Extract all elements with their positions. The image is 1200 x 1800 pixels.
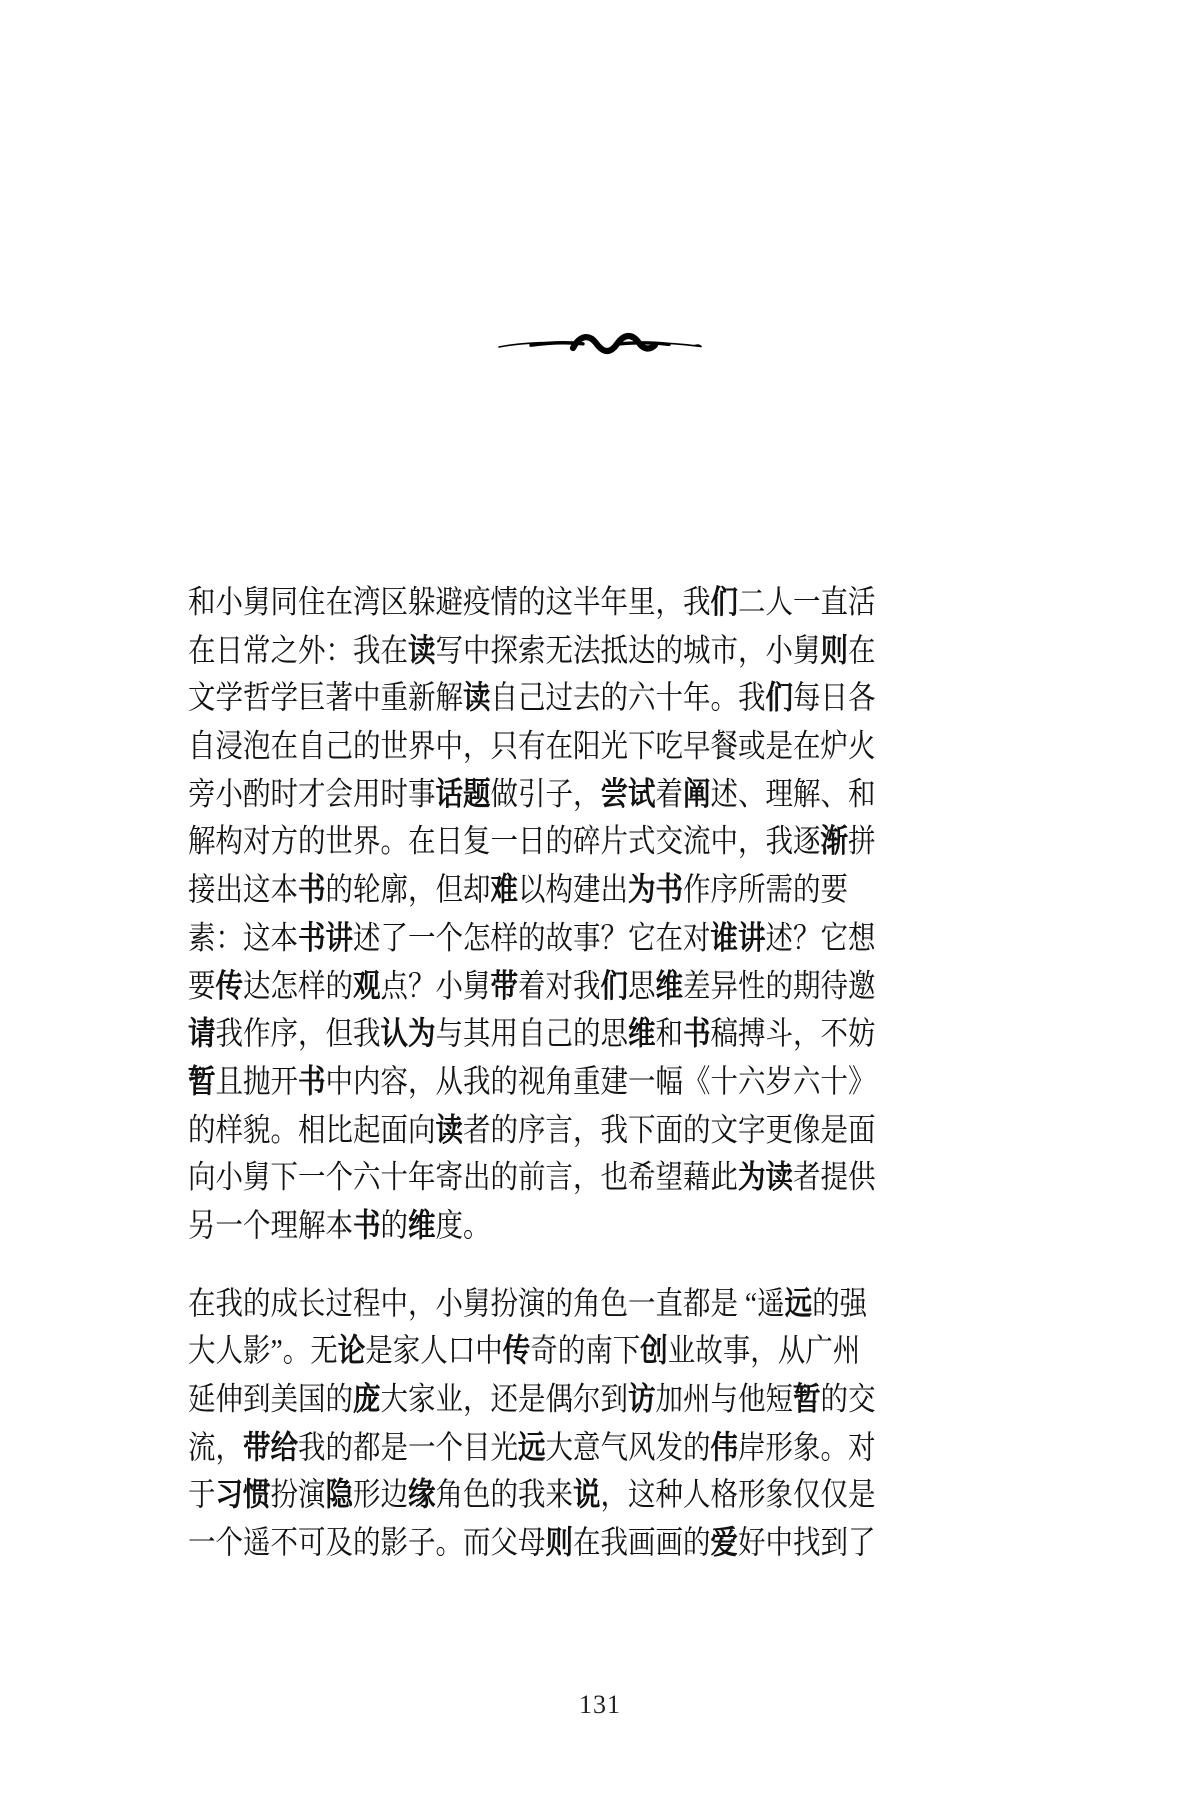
- text-line: 一个遥不可及的影子。而父母则在我画画的爱好中找到了: [188, 1519, 888, 1567]
- fallback-font-char: 讲: [326, 919, 354, 956]
- fallback-font-char: 阐: [683, 776, 711, 813]
- fallback-font-char: 惯: [243, 1477, 271, 1514]
- fallback-font-char: 为: [738, 1159, 766, 1196]
- text-line: 自浸泡在自己的世界中，只有在阳光下吃早餐或是在炉火: [188, 722, 888, 770]
- fallback-font-char: 远: [785, 1285, 813, 1322]
- fallback-font-char: 则: [546, 1525, 574, 1562]
- text-line: 延伸到美国的庞大家业，还是偶尔到访加州与他短暂的交: [188, 1375, 888, 1423]
- fallback-font-char: 们: [711, 584, 739, 621]
- fallback-font-char: 读: [436, 1111, 464, 1148]
- fallback-font-char: 给: [271, 1429, 299, 1466]
- fallback-font-char: 则: [821, 632, 849, 669]
- fallback-font-char: 书: [298, 871, 326, 908]
- fallback-font-char: 难: [491, 871, 519, 908]
- fallback-font-char: 传: [216, 967, 244, 1004]
- fallback-font-char: 话: [436, 776, 464, 813]
- text-block: 和小舅同住在湾区躲避疫情的这半年里，我们二人一直活在日常之外：我在读写中探索无法…: [188, 578, 888, 1567]
- fallback-font-char: 观: [353, 967, 381, 1004]
- text-line: 在日常之外：我在读写中探索无法抵达的城市，小舅则在: [188, 626, 888, 674]
- fallback-font-char: 们: [766, 680, 794, 717]
- fallback-font-char: 维: [628, 1015, 656, 1052]
- fallback-font-char: 带: [243, 1429, 271, 1466]
- fallback-font-char: 书: [353, 1207, 381, 1244]
- section-divider-ornament: [497, 330, 703, 358]
- fallback-font-char: 伟: [711, 1429, 739, 1466]
- fallback-font-char: 隐: [326, 1477, 354, 1514]
- fallback-font-char: 缘: [408, 1477, 436, 1514]
- fallback-font-char: 渐: [821, 823, 849, 860]
- fallback-font-char: 书: [656, 871, 684, 908]
- book-page: 和小舅同住在湾区躲避疫情的这半年里，我们二人一直活在日常之外：我在读写中探索无法…: [0, 0, 1200, 1800]
- text-line: 在我的成长过程中，小舅扮演的角色一直都是 “遥远的强: [188, 1279, 888, 1327]
- text-line: 文学哲学巨著中重新解读自己过去的六十年。我们每日各: [188, 674, 888, 722]
- text-line: 请我作序，但我认为与其用自己的思维和书稿搏斗，不妨: [188, 1009, 888, 1057]
- fallback-font-char: 带: [491, 967, 519, 1004]
- fallback-font-char: 书: [298, 919, 326, 956]
- fallback-font-char: 维: [656, 967, 684, 1004]
- fallback-font-char: 谁: [711, 919, 739, 956]
- text-line: 向小舅下一个六十年寄出的前言，也希望藉此为读者提供: [188, 1153, 888, 1201]
- text-line: 的样貌。相比起面向读者的序言，我下面的文字更像是面: [188, 1105, 888, 1153]
- fallback-font-char: 为: [408, 1015, 436, 1052]
- fallback-font-char: 习: [216, 1477, 244, 1514]
- fallback-font-char: 书: [683, 1015, 711, 1052]
- text-line: 要传达怎样的观点？小舅带着对我们思维差异性的期待邀: [188, 962, 888, 1010]
- fallback-font-char: 读: [463, 680, 491, 717]
- fallback-font-char: 认: [381, 1015, 409, 1052]
- paragraph-2: 在我的成长过程中，小舅扮演的角色一直都是 “遥远的强大人影”。无论是家人口中传奇…: [188, 1279, 888, 1567]
- text-line: 流，带给我的都是一个目光远大意气风发的伟岸形象。对: [188, 1423, 888, 1471]
- fallback-font-char: 创: [640, 1333, 668, 1370]
- text-line: 素：这本书讲述了一个怎样的故事？它在对谁讲述？它想: [188, 914, 888, 962]
- fallback-font-char: 为: [628, 871, 656, 908]
- fallback-font-char: 传: [503, 1333, 531, 1370]
- text-line: 大人影”。无论是家人口中传奇的南下创业故事，从广州: [188, 1327, 888, 1375]
- text-line: 解构对方的世界。在日复一日的碎片式交流中，我逐渐拼: [188, 818, 888, 866]
- fallback-font-char: 暂: [793, 1381, 821, 1418]
- text-line: 另一个理解本书的维度。: [188, 1201, 888, 1249]
- fallback-font-char: 论: [338, 1333, 366, 1370]
- text-line: 暂且抛开书中内容，从我的视角重建一幅《十六岁六十》: [188, 1057, 888, 1105]
- fallback-font-char: 读: [408, 632, 436, 669]
- fallback-font-char: 访: [628, 1381, 656, 1418]
- paragraph-1: 和小舅同住在湾区躲避疫情的这半年里，我们二人一直活在日常之外：我在读写中探索无法…: [188, 578, 888, 1249]
- fallback-font-char: 请: [188, 1015, 216, 1052]
- fallback-font-char: 远: [518, 1429, 546, 1466]
- fallback-font-char: 题: [463, 776, 491, 813]
- fallback-font-char: 们: [601, 967, 629, 1004]
- text-line: 旁小酌时才会用时事话题做引子，尝试着阐述、理解、和: [188, 770, 888, 818]
- fallback-font-char: 说: [573, 1477, 601, 1514]
- fallback-font-char: 尝: [601, 776, 629, 813]
- text-line: 接出这本书的轮廓，但却难以构建出为书作序所需的要: [188, 866, 888, 914]
- fallback-font-char: 讲: [738, 919, 766, 956]
- fallback-font-char: 爱: [711, 1525, 739, 1562]
- text-line: 于习惯扮演隐形边缘角色的我来说，这种人格形象仅仅是: [188, 1471, 888, 1519]
- fallback-font-char: 庞: [353, 1381, 381, 1418]
- fallback-font-char: 维: [408, 1207, 436, 1244]
- fallback-font-char: 书: [298, 1063, 326, 1100]
- fallback-font-char: 读: [766, 1159, 794, 1196]
- page-number: 131: [0, 1690, 1200, 1720]
- text-line: 和小舅同住在湾区躲避疫情的这半年里，我们二人一直活: [188, 578, 888, 626]
- fallback-font-char: 试: [628, 776, 656, 813]
- fallback-font-char: 暂: [188, 1063, 216, 1100]
